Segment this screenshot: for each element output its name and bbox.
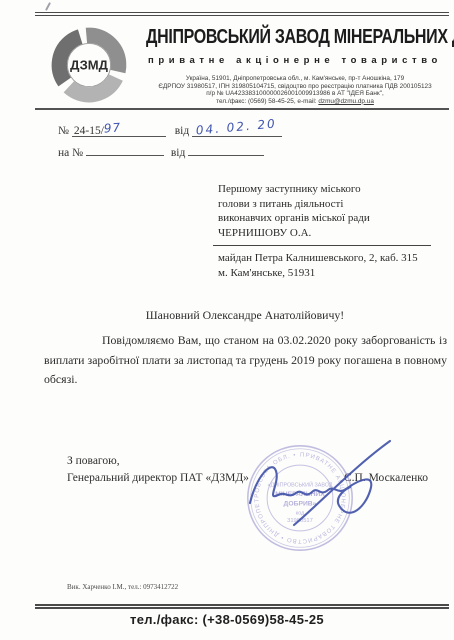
recipient-divider (213, 245, 431, 246)
date-handwritten: 04. 02. 20 (195, 117, 277, 138)
reference-block: № 24-15/97 від 04. 02. 20 на № від (58, 123, 282, 164)
reply-number-row: на № від (58, 142, 282, 159)
signature (238, 433, 403, 533)
letterhead: ДНІПРОВСЬКИЙ ЗАВОД МІНЕРАЛЬНИХ ДОБРИВ пр… (140, 26, 450, 105)
number-typed: 24-15/ (74, 125, 104, 137)
phone-fax-text: тел./факс: (0569) 58-45-25, e-mail: (216, 98, 318, 105)
recipient-address-line: майдан Петра Калнишевського, 2, каб. 315 (218, 251, 450, 266)
reply-date-label: від (171, 147, 185, 159)
address-line: п/р № UA423383100000026001009913986 в АТ… (140, 90, 450, 98)
salutation: Шановний Олександре Анатолійовичу! (44, 308, 446, 323)
executor-note: Вик. Харченко І.М., тел.: 0973412722 (67, 583, 178, 591)
reply-date-line (188, 142, 264, 156)
letter-page: ДЗМД ДНІПРОВСЬКИЙ ЗАВОД МІНЕРАЛЬНИХ ДОБР… (0, 0, 454, 640)
company-address-block: Україна, 51901, Дніпропетровська обл., м… (140, 75, 450, 105)
outgoing-number-row: № 24-15/97 від 04. 02. 20 (58, 123, 282, 137)
number-handwritten: 97 (103, 120, 121, 135)
address-line: тел./факс: (0569) 58-45-25, e-mail: dzmu… (140, 98, 450, 106)
logo-text: ДЗМД (70, 58, 108, 73)
pen-mark (45, 2, 51, 11)
recipient-address-line: м. Кам'янське, 51931 (218, 266, 450, 281)
recipient-line: виконавчих органів міської ради (218, 211, 450, 226)
email-text: dzmu@dzmu.dp.ua (318, 98, 374, 105)
number-line: 24-15/97 (72, 123, 166, 137)
header-rule (35, 108, 449, 110)
closing-phrase: З повагою, (67, 455, 120, 467)
company-logo: ДЗМД (42, 20, 136, 110)
reply-label: на № (58, 147, 83, 159)
footer-rule (35, 604, 449, 609)
signer-title: Генеральний директор ПАТ «ДЗМД» (67, 472, 249, 484)
body-paragraph: Повідомляємо Вам, що станом на 03.02.202… (44, 331, 447, 390)
recipient-block: Першому заступнику міського голови з пит… (218, 182, 450, 280)
date-label: від (175, 125, 189, 137)
company-name: ДНІПРОВСЬКИЙ ЗАВОД МІНЕРАЛЬНИХ ДОБРИВ (146, 26, 389, 49)
address-line: ЄДРПОУ 31980517, ІПН 319805104715, свідо… (140, 83, 450, 91)
recipient-line: Першому заступнику міського (218, 182, 450, 197)
address-line: Україна, 51901, Дніпропетровська обл., м… (140, 75, 450, 83)
reply-number-line (86, 142, 164, 156)
recipient-line: голови з питань діяльності (218, 197, 450, 212)
number-label: № (58, 125, 69, 137)
company-type: приватне акціонерне товариство (140, 55, 450, 66)
footer-phone: тел./факс: (+38-0569)58-45-25 (0, 612, 454, 627)
recipient-name: ЧЕРНИШОВУ О.А. (218, 226, 450, 241)
date-line: 04. 02. 20 (192, 123, 282, 137)
top-rule (35, 12, 449, 16)
